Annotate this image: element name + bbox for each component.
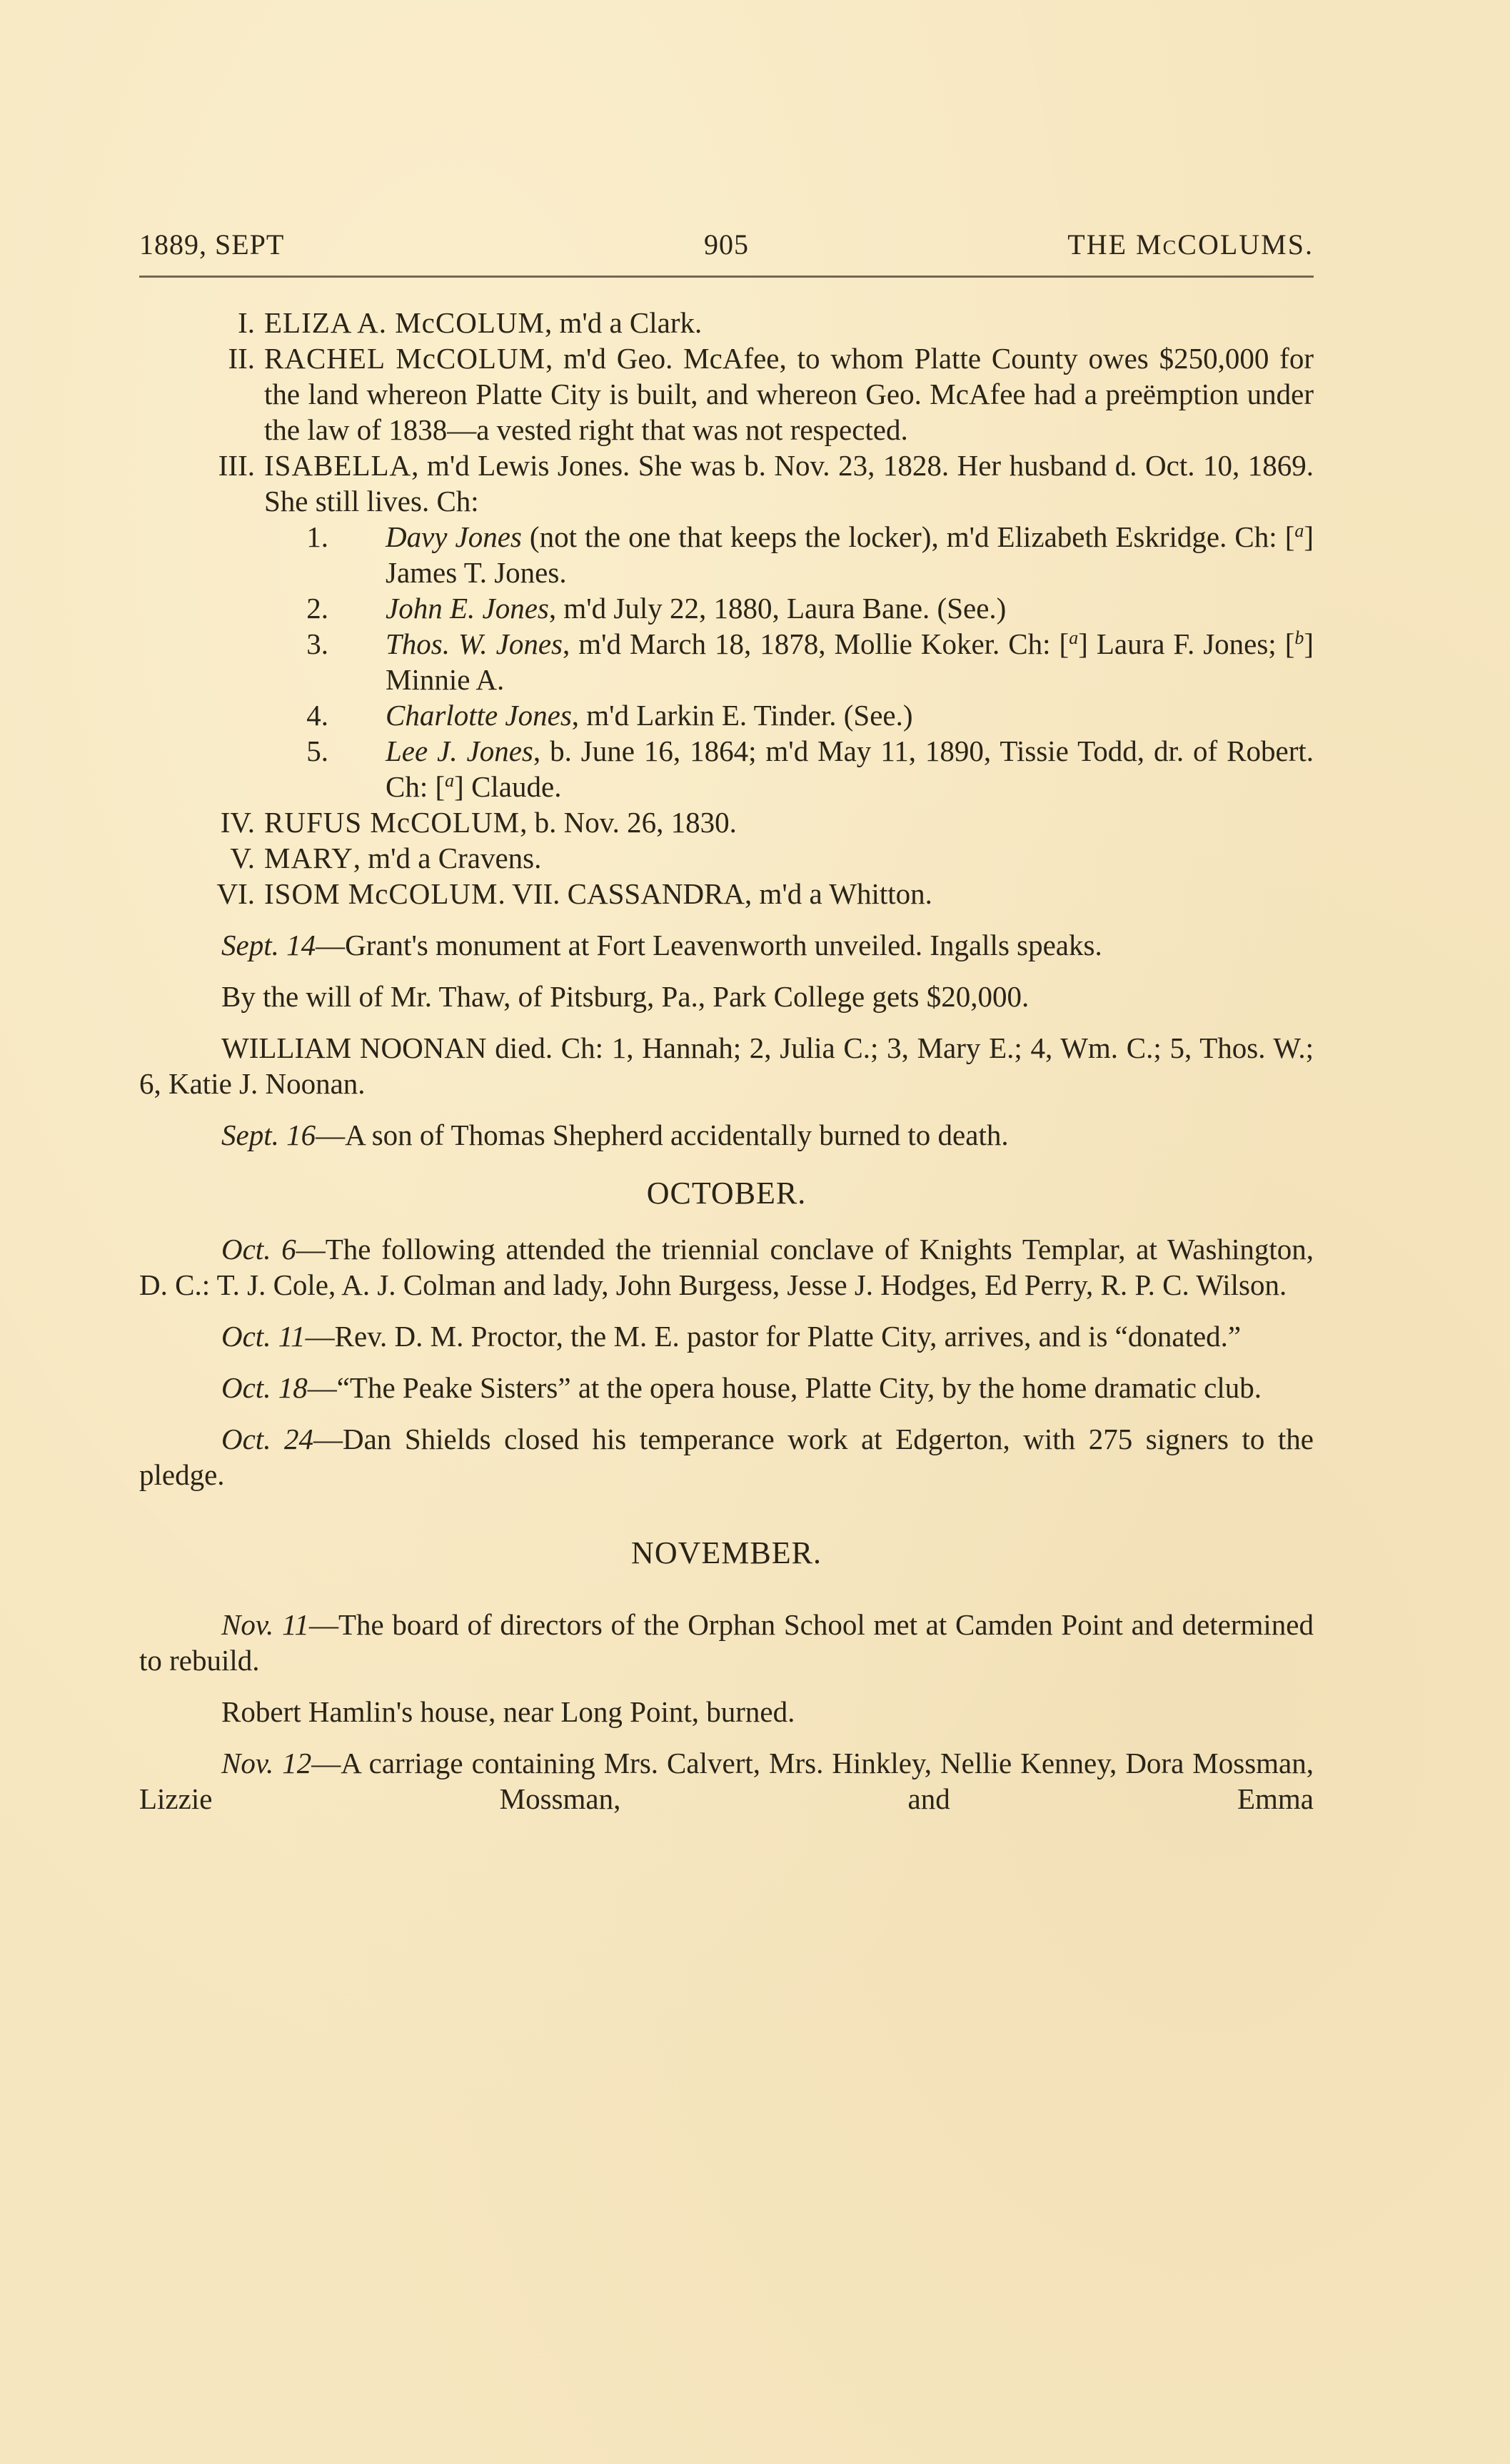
entry-text: By the will of Mr. Thaw, of Pitsburg, Pa… — [221, 980, 1029, 1013]
child-name: Lee J. Jones — [386, 734, 533, 767]
genealogy-entry: V. MARY, m'd a Cravens. — [139, 840, 1314, 876]
running-head: 1889, SEPT 905 THE McCOLUMS. — [139, 227, 1314, 264]
header-rule — [139, 276, 1314, 278]
child-number: 2. — [139, 590, 328, 626]
running-head-title: THE McCOLUMS. — [1067, 227, 1314, 263]
genealogy-list: I. ELIZA A. McCOLUM, m'd a Clark. II. RA… — [139, 305, 1314, 912]
entry-name: ISABELLA — [264, 449, 411, 482]
chronicle-entry: Sept. 16—A son of Thomas Shepherd accide… — [139, 1117, 1314, 1153]
chronicle-entry: Sept. 14—Grant's monument at Fort Leaven… — [139, 927, 1314, 963]
grandchild-text: Minnie A. — [386, 663, 504, 696]
genealogy-entry: I. ELIZA A. McCOLUM, m'd a Clark. — [139, 305, 1314, 340]
child-entry: 3. Thos. W. Jones, m'd March 18, 1878, M… — [139, 626, 1314, 697]
chronicle-entry: Nov. 11—The board of directors of the Or… — [139, 1607, 1314, 1678]
child-name: Charlotte Jones — [386, 699, 572, 732]
child-number: 3. — [139, 626, 328, 662]
entry-numeral: IV. — [139, 804, 255, 840]
chronicle-entry: Oct. 24—Dan Shields closed his temperanc… — [139, 1421, 1314, 1493]
chronicle-entry: WILLIAM NOONAN died. Ch: 1, Hannah; 2, J… — [139, 1030, 1314, 1101]
entry-date: Nov. 11 — [221, 1608, 309, 1641]
child-entry: 1. Davy Jones (not the one that keeps th… — [139, 519, 1314, 590]
child-number: 4. — [139, 697, 328, 733]
entry-numeral: I. — [139, 305, 255, 340]
child-number: 1. — [139, 519, 328, 555]
entry-date: Oct. 24 — [221, 1423, 313, 1455]
grandchild-text: James T. Jones. — [386, 556, 567, 589]
chronicle-entry: Oct. 6—The following attended the trienn… — [139, 1231, 1314, 1303]
entry-text: —Rev. D. M. Proctor, the M. E. pastor fo… — [306, 1320, 1241, 1353]
entry-numeral: III. — [139, 448, 255, 483]
chronicle-entry: Robert Hamlin's house, near Long Point, … — [139, 1694, 1314, 1730]
entry-text: —The following attended the triennial co… — [139, 1233, 1314, 1301]
entry-numeral: VI. — [139, 876, 255, 912]
november-section: NOVEMBER. Nov. 11—The board of directors… — [139, 1535, 1314, 1817]
entry-text: WILLIAM NOONAN died. Ch: 1, Hannah; 2, J… — [139, 1031, 1314, 1100]
page-body: I. ELIZA A. McCOLUM, m'd a Clark. II. RA… — [139, 305, 1314, 1817]
grandchild-mark: b — [1294, 627, 1304, 648]
entry-text: —A carriage containing Mrs. Calvert, Mrs… — [139, 1747, 1314, 1815]
september-entries: Sept. 14—Grant's monument at Fort Leaven… — [139, 927, 1314, 1153]
running-head-date: 1889, SEPT — [139, 227, 284, 263]
entry-text: . VII. CASSANDRA, m'd a Whitton. — [498, 877, 932, 910]
entry-name: ISOM McCOLUM — [264, 877, 498, 910]
entry-name: RACHEL McCOLUM — [264, 342, 545, 375]
month-heading: NOVEMBER. — [139, 1535, 1314, 1571]
child-name: John E. Jones — [386, 592, 549, 625]
entry-date: Sept. 16 — [221, 1119, 316, 1151]
child-name: Thos. W. Jones — [386, 627, 563, 660]
genealogy-entry: IV. RUFUS McCOLUM, b. Nov. 26, 1830. — [139, 804, 1314, 840]
grandchild-mark: a — [445, 770, 454, 791]
child-number: 5. — [139, 733, 328, 769]
entry-text: , m'd a Clark. — [545, 306, 702, 339]
chronicle-entry: Oct. 18—“The Peake Sisters” at the opera… — [139, 1370, 1314, 1405]
child-text: , m'd March 18, 1878, Mollie Koker. Ch: — [563, 627, 1059, 660]
entry-date: Oct. 18 — [221, 1371, 308, 1404]
genealogy-entry: III. ISABELLA, m'd Lewis Jones. She was … — [139, 448, 1314, 519]
entry-name: RUFUS McCOLUM — [264, 806, 520, 839]
grandchild-mark: a — [1294, 520, 1304, 541]
entry-text: , b. Nov. 26, 1830. — [520, 806, 737, 839]
child-text: (not the one that keeps the locker), m'd… — [522, 520, 1285, 553]
grandchild-text: Claude. — [464, 770, 562, 803]
entry-text: Robert Hamlin's house, near Long Point, … — [221, 1695, 795, 1728]
child-name: Davy Jones — [386, 520, 522, 553]
genealogy-entry: VI. ISOM McCOLUM. VII. CASSANDRA, m'd a … — [139, 876, 1314, 912]
book-page: 1889, SEPT 905 THE McCOLUMS. I. ELIZA A.… — [139, 227, 1314, 1817]
entry-text: , m'd Lewis Jones. She was b. Nov. 23, 1… — [264, 449, 1314, 517]
child-text: , m'd Larkin E. Tinder. (See.) — [572, 699, 913, 732]
chronicle-entry: Nov. 12—A carriage containing Mrs. Calve… — [139, 1745, 1314, 1817]
entry-numeral: II. — [139, 340, 255, 376]
entry-text: —Grant's monument at Fort Leavenworth un… — [316, 929, 1102, 961]
entry-text: , m'd a Cravens. — [353, 842, 542, 874]
chronicle-entry: Oct. 11—Rev. D. M. Proctor, the M. E. pa… — [139, 1318, 1314, 1354]
genealogy-entry: II. RACHEL McCOLUM, m'd Geo. McAfee, to … — [139, 340, 1314, 448]
child-entry: 4. Charlotte Jones, m'd Larkin E. Tinder… — [139, 697, 1314, 733]
entry-date: Oct. 11 — [221, 1320, 306, 1353]
october-section: OCTOBER. Oct. 6—The following attended t… — [139, 1176, 1314, 1493]
entry-text: —The board of directors of the Orphan Sc… — [139, 1608, 1314, 1677]
entry-name: MARY — [264, 842, 353, 874]
entry-date: Oct. 6 — [221, 1233, 296, 1266]
child-entry: 5. Lee J. Jones, b. June 16, 1864; m'd M… — [139, 733, 1314, 804]
chronicle-entry: By the will of Mr. Thaw, of Pitsburg, Pa… — [139, 979, 1314, 1014]
entry-text: —A son of Thomas Shepherd accidentally b… — [316, 1119, 1009, 1151]
entry-numeral: V. — [139, 840, 255, 876]
child-text: , m'd July 22, 1880, Laura Bane. (See.) — [549, 592, 1006, 625]
grandchild-mark: a — [1069, 627, 1078, 648]
grandchild-text: Laura F. Jones; — [1088, 627, 1285, 660]
month-heading: OCTOBER. — [139, 1176, 1314, 1211]
entry-date: Sept. 14 — [221, 929, 316, 961]
entry-text: —“The Peake Sisters” at the opera house,… — [308, 1371, 1262, 1404]
entry-date: Nov. 12 — [221, 1747, 311, 1779]
entry-text: —Dan Shields closed his temperance work … — [139, 1423, 1314, 1491]
child-entry: 2. John E. Jones, m'd July 22, 1880, Lau… — [139, 590, 1314, 626]
entry-name: ELIZA A. McCOLUM — [264, 306, 545, 339]
